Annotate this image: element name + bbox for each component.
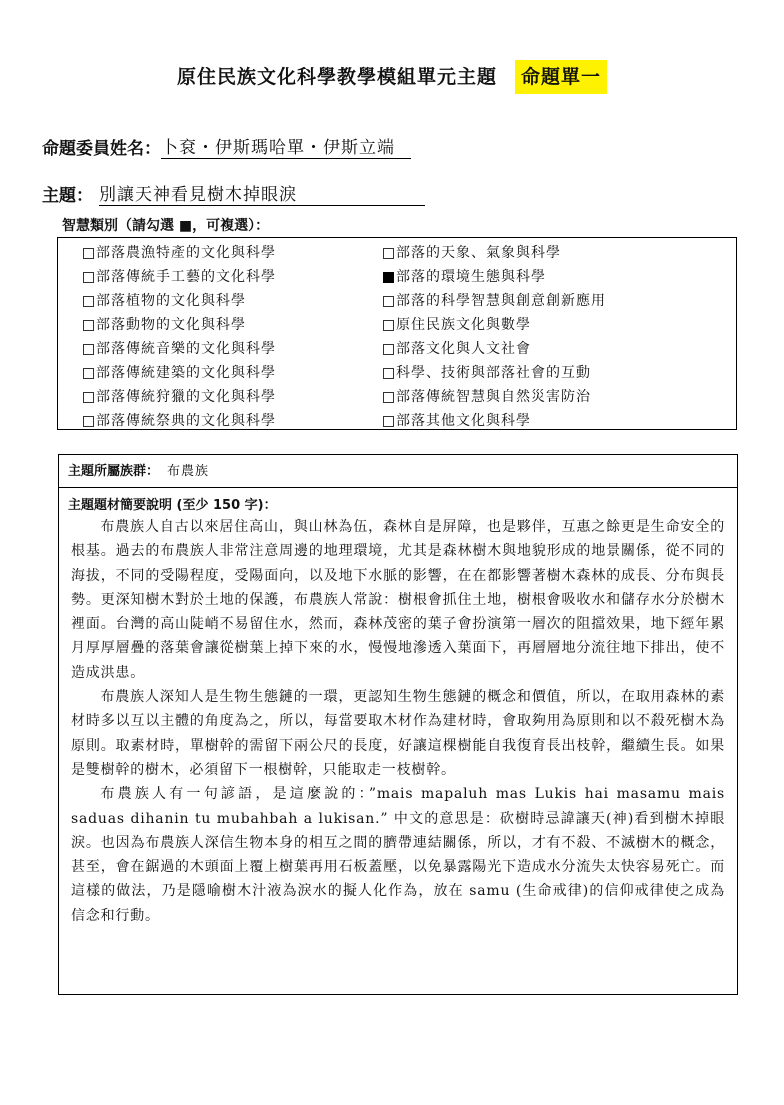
checkbox-icon[interactable] [383, 416, 394, 427]
committee-name: 卜袞・伊斯瑪哈單・伊斯立端 [161, 133, 411, 159]
checkbox-icon[interactable] [383, 248, 394, 259]
category-item[interactable]: 部落動物的文化與科學 [83, 313, 276, 337]
description-paragraph: 布農族人深知人是生物生態鏈的一環，更認知生物生態鏈的概念和價值，所以，在取用森林… [71, 685, 725, 782]
category-item[interactable]: 部落傳統手工藝的文化科學 [83, 265, 276, 289]
checkbox-icon[interactable] [383, 392, 394, 403]
category-item[interactable]: 部落傳統狩獵的文化與科學 [83, 385, 276, 409]
category-label: 智慧類別（請勾選 ■，可複選）： [62, 215, 269, 235]
category-item[interactable]: 部落植物的文化與科學 [83, 289, 276, 313]
theme-value: 別讓天神看見樹木掉眼淚 [99, 180, 425, 206]
description-paragraph: 布農族人自古以來居住高山，與山林為伍，森林自是屏障，也是夥伴，互惠之餘更是生命安… [71, 515, 725, 685]
checkbox-icon[interactable] [83, 272, 94, 283]
description-body: 布農族人自古以來居住高山，與山林為伍，森林自是屏障，也是夥伴，互惠之餘更是生命安… [59, 513, 737, 928]
checkbox-icon[interactable] [83, 320, 94, 331]
tribe-row: 主題所屬族群：布農族 [59, 455, 737, 488]
checkbox-icon[interactable] [83, 248, 94, 259]
checkbox-icon[interactable] [83, 392, 94, 403]
theme-field: 主題： 別讓天神看見樹木掉眼淚 [42, 180, 425, 206]
tribe-label: 主題所屬族群： [68, 464, 159, 479]
category-item[interactable]: 部落傳統建築的文化與科學 [83, 361, 276, 385]
checkbox-icon[interactable] [83, 416, 94, 427]
category-item[interactable]: 部落的科學智慧與創意創新應用 [383, 289, 606, 313]
checkbox-icon[interactable] [383, 368, 394, 379]
checkbox-icon[interactable] [83, 344, 94, 355]
category-item[interactable]: 部落傳統音樂的文化與科學 [83, 337, 276, 361]
category-column-left: 部落農漁特產的文化與科學 部落傳統手工藝的文化科學 部落植物的文化與科學 部落動… [83, 241, 276, 433]
theme-label: 主題： [42, 181, 93, 206]
committee-label: 命題委員姓名： [42, 134, 161, 159]
checkbox-icon[interactable] [383, 296, 394, 307]
highlight-tag: 命題單一 [515, 60, 607, 94]
category-box: 部落農漁特產的文化與科學 部落傳統手工藝的文化科學 部落植物的文化與科學 部落動… [57, 237, 737, 430]
category-item[interactable]: 部落農漁特產的文化與科學 [83, 241, 276, 265]
category-item[interactable]: 部落其他文化與科學 [383, 409, 606, 433]
checkbox-icon[interactable] [83, 368, 94, 379]
description-label: 主題題材簡要說明 (至少 150 字)： [68, 498, 277, 513]
checkbox-icon[interactable] [83, 296, 94, 307]
checkbox-icon[interactable] [383, 344, 394, 355]
description-label-row: 主題題材簡要說明 (至少 150 字)： [59, 488, 737, 513]
theme-detail-box: 主題所屬族群：布農族 主題題材簡要說明 (至少 150 字)： 布農族人自古以來… [58, 454, 738, 995]
checkbox-checked-icon[interactable] [383, 272, 394, 283]
committee-field: 命題委員姓名： 卜袞・伊斯瑪哈單・伊斯立端 [42, 133, 411, 159]
category-column-right: 部落的天象、氣象與科學 部落的環境生態與科學 部落的科學智慧與創意創新應用 原住… [383, 241, 606, 433]
description-paragraph: 布農族人有一句諺語，是這麼說的：”mais mapaluh mas Lukis … [71, 782, 725, 928]
category-item[interactable]: 部落傳統智慧與自然災害防治 [383, 385, 606, 409]
category-item[interactable]: 部落傳統祭典的文化與科學 [83, 409, 276, 433]
category-item-checked[interactable]: 部落的環境生態與科學 [383, 265, 606, 289]
tribe-value: 布農族 [167, 464, 209, 479]
category-item[interactable]: 部落的天象、氣象與科學 [383, 241, 606, 265]
document-title: 原住民族文化科學教學模組單元主題命題單一 [0, 62, 784, 89]
category-item[interactable]: 部落文化與人文社會 [383, 337, 606, 361]
category-item[interactable]: 科學、技術與部落社會的互動 [383, 361, 606, 385]
category-item[interactable]: 原住民族文化與數學 [383, 313, 606, 337]
checkbox-icon[interactable] [383, 320, 394, 331]
title-text: 原住民族文化科學教學模組單元主題 [177, 66, 497, 88]
